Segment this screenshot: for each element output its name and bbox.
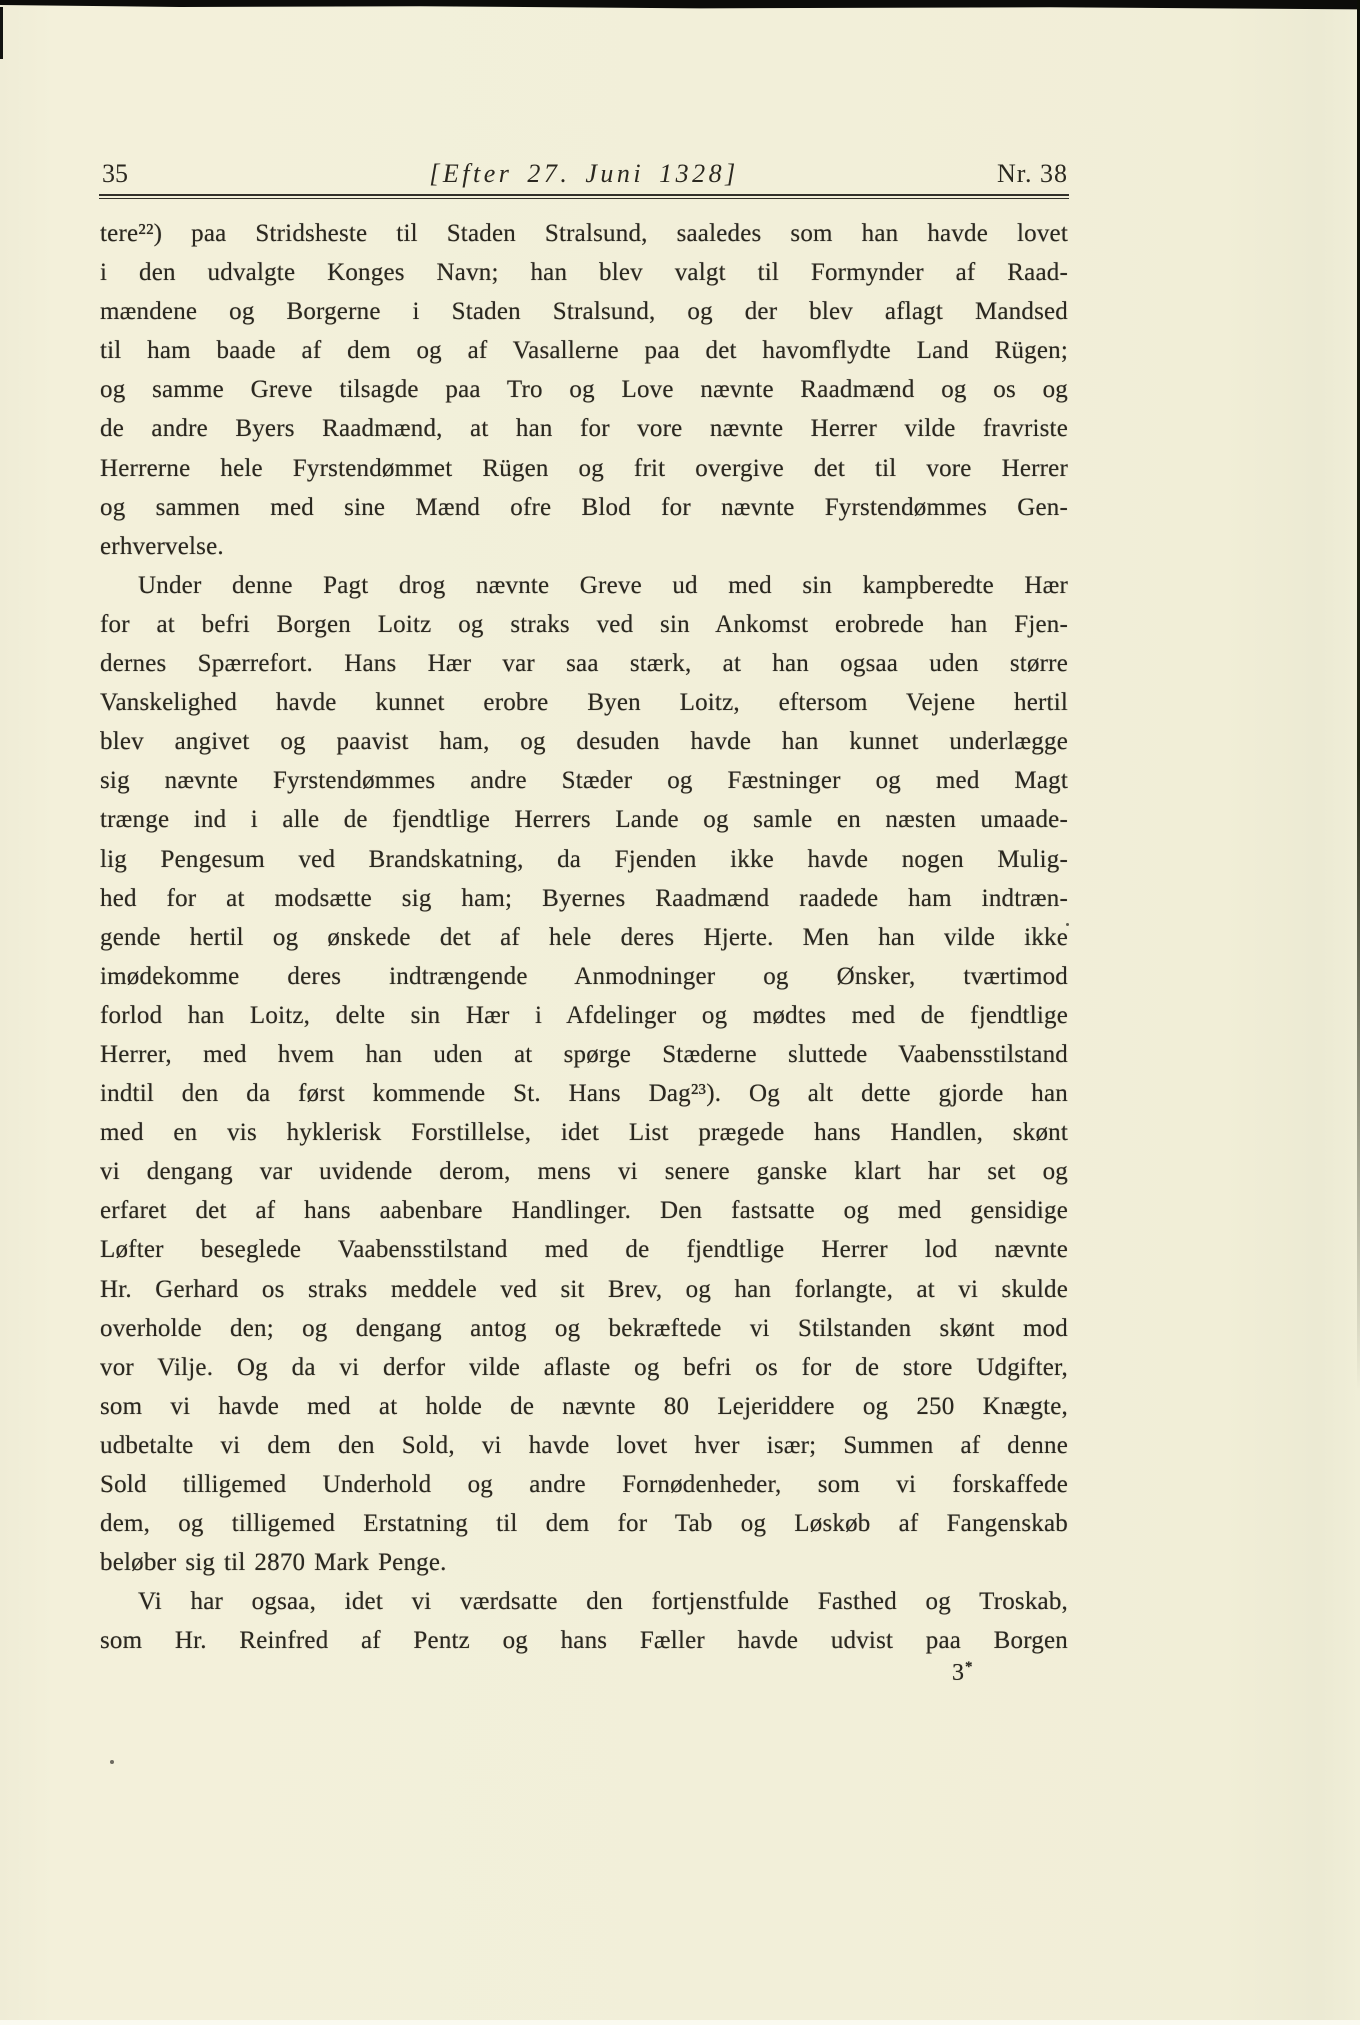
text-line: imødekomme deres indtrængende Anmodninge… [100, 957, 1068, 996]
text-line: og samme Greve tilsagde paa Tro og Love … [100, 370, 1068, 409]
scan-speck [110, 1760, 114, 1764]
text-line: og sammen med sine Mænd ofre Blod for næ… [100, 488, 1068, 527]
text-line: dernes Spærrefort. Hans Hær var saa stær… [100, 644, 1068, 683]
scan-artifact-left-edge [0, 7, 3, 59]
scan-edge-top [0, 0, 1360, 12]
scanned-book-page: 35 [Efter 27. Juni 1328] Nr. 38 tere²²) … [0, 0, 1360, 2025]
text-line: hed for at modsætte sig ham; Byernes Raa… [100, 879, 1068, 918]
asterisk-mark: * [965, 1659, 973, 1675]
signature-number: 3 [952, 1660, 964, 1686]
text-line: til ham baade af dem og af Vasallerne pa… [100, 331, 1068, 370]
text-line: Herrer, med hvem han uden at spørge Stæd… [100, 1035, 1068, 1074]
text-line: lig Pengesum ved Brandskatning, da Fjend… [100, 840, 1068, 879]
text-line: sig nævnte Fyrstendømmes andre Stæder og… [100, 761, 1068, 800]
document-number: Nr. 38 [997, 159, 1068, 189]
text-line: mændene og Borgerne i Staden Stralsund, … [100, 292, 1068, 331]
text-line: gende hertil og ønskede det af hele dere… [100, 918, 1068, 957]
text-line: Hr. Gerhard os straks meddele ved sit Br… [100, 1270, 1068, 1309]
page-number: 35 [102, 159, 128, 189]
text-line: blev angivet og paavist ham, og desuden … [100, 722, 1068, 761]
text-line: trænge ind i alle de fjendtlige Herrers … [100, 800, 1068, 839]
text-line: erfaret det af hans aabenbare Handlinger… [100, 1191, 1068, 1230]
text-line: Vanskelighed havde kunnet erobre Byen Lo… [100, 683, 1068, 722]
text-line: erhvervelse. [100, 527, 1068, 566]
text-line: udbetalte vi dem den Sold, vi havde love… [100, 1426, 1068, 1465]
text-line: de andre Byers Raadmænd, at han for vore… [100, 409, 1068, 448]
text-line: som Hr. Reinfred af Pentz og hans Fæller… [100, 1621, 1068, 1660]
text-line: forlod han Loitz, delte sin Hær i Afdeli… [100, 996, 1068, 1035]
text-line: beløber sig til 2870 Mark Penge. [100, 1543, 1068, 1582]
text-line: Under denne Pagt drog nævnte Greve ud me… [100, 566, 1068, 605]
text-line: vor Vilje. Og da vi derfor vilde aflaste… [100, 1348, 1068, 1387]
body-text: tere²²) paa Stridsheste til Staden Stral… [100, 214, 1068, 1660]
text-line: vi dengang var uvidende derom, mens vi s… [100, 1152, 1068, 1191]
text-line: for at befri Borgen Loitz og straks ved … [100, 605, 1068, 644]
text-line: med en vis hyklerisk Forstillelse, idet … [100, 1113, 1068, 1152]
text-line: som vi havde med at holde de nævnte 80 L… [100, 1387, 1068, 1426]
text-line: Herrerne hele Fyrstendømmet Rügen og fri… [100, 449, 1068, 488]
page-header: 35 [Efter 27. Juni 1328] Nr. 38 [100, 155, 1068, 189]
signature-mark: 3* [952, 1659, 973, 1687]
text-line: overholde den; og dengang antog og bekræ… [100, 1309, 1068, 1348]
text-line: indtil den da først kommende St. Hans Da… [100, 1074, 1068, 1113]
text-line: Løfter beseglede Vaabensstilstand med de… [100, 1230, 1068, 1269]
text-line: i den udvalgte Konges Navn; han blev val… [100, 253, 1068, 292]
scan-speck [1066, 923, 1069, 926]
text-line: dem, og tilligemed Erstatning til dem fo… [100, 1504, 1068, 1543]
header-double-rule [99, 194, 1069, 199]
text-line: Vi har ogsaa, idet vi værdsatte den fort… [100, 1582, 1068, 1621]
header-date-title: [Efter 27. Juni 1328] [429, 159, 739, 189]
text-line: tere²²) paa Stridsheste til Staden Stral… [100, 214, 1068, 253]
text-line: Sold tilligemed Underhold og andre Fornø… [100, 1465, 1068, 1504]
